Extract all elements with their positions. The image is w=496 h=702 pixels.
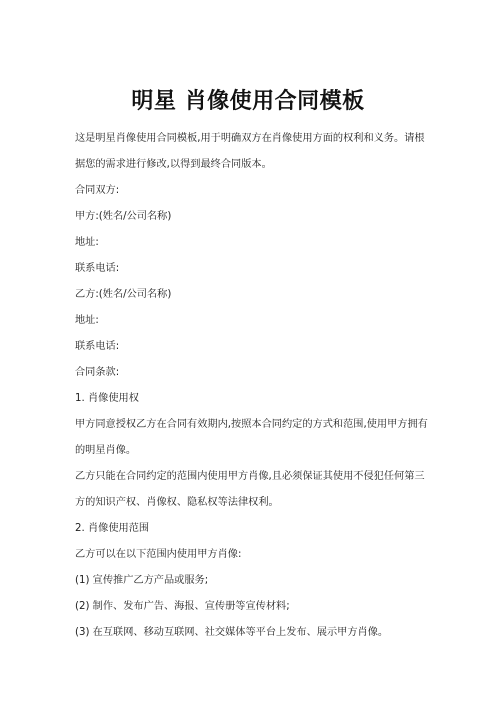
section-2-heading: 2. 肖像使用范围 [75, 516, 430, 542]
section-2-item-1: (1) 宣传推广乙方产品或服务; [75, 568, 430, 594]
intro-line-1: 这是明星肖像使用合同模板,用于明确双方在肖像使用方面的权利和义务。请根 [75, 126, 430, 152]
section-1-para-2b: 方的知识产权、肖像权、隐私权等法律权利。 [75, 490, 430, 516]
section-2-item-3: (3) 在互联网、移动互联网、社交媒体等平台上发布、展示甲方肖像。 [75, 620, 430, 646]
section-1-para-2a: 乙方只能在合同约定的范围内使用甲方肖像,且必须保证其使用不侵犯任何第三 [75, 464, 430, 490]
document-body: 这是明星肖像使用合同模板,用于明确双方在肖像使用方面的权利和义务。请根 据您的需… [75, 126, 430, 646]
party-b-phone: 联系电话: [75, 334, 430, 360]
party-a-name: 甲方:(姓名/公司名称) [75, 204, 430, 230]
section-1-para-1b: 的明星肖像。 [75, 438, 430, 464]
party-a-phone: 联系电话: [75, 256, 430, 282]
party-a-address: 地址: [75, 230, 430, 256]
section-1-heading: 1. 肖像使用权 [75, 386, 430, 412]
party-b-name: 乙方:(姓名/公司名称) [75, 282, 430, 308]
terms-heading: 合同条款: [75, 360, 430, 386]
document-title: 明星 肖像使用合同模板 [0, 84, 496, 115]
party-b-address: 地址: [75, 308, 430, 334]
section-2-intro: 乙方可以在以下范围内使用甲方肖像: [75, 542, 430, 568]
section-1-para-1a: 甲方同意授权乙方在合同有效期内,按照本合同约定的方式和范围,使用甲方拥有 [75, 412, 430, 438]
parties-heading: 合同双方: [75, 178, 430, 204]
section-2-item-2: (2) 制作、发布广告、海报、宣传册等宣传材料; [75, 594, 430, 620]
intro-line-2: 据您的需求进行修改,以得到最终合同版本。 [75, 152, 430, 178]
